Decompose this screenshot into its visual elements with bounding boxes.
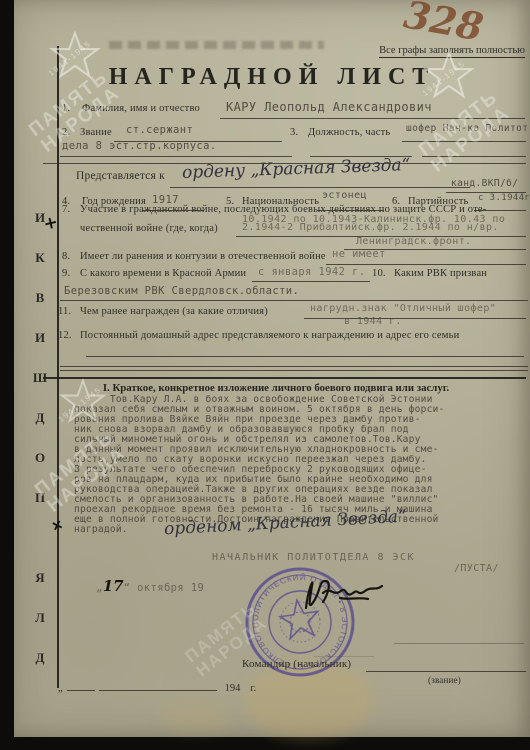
field-12-label: Постоянный домашный адрес представляемог… — [80, 330, 459, 341]
rule-line — [252, 281, 370, 282]
field-8-value: не имеет — [332, 248, 386, 260]
filing-margin-text: И К В И Ш Д О П Я Л Д — [32, 198, 48, 678]
field-10-number: 10. — [372, 268, 386, 279]
field-1-value: КАРУ Леопольд Александрович — [226, 100, 432, 114]
field-11-value-line2: в 1944 г. — [344, 316, 402, 327]
signer-name: /ПУСТА/ — [454, 563, 499, 574]
faint-line — [314, 656, 374, 657]
field-6-value: с 3.1944г. — [478, 193, 530, 203]
form-title: НАГРАДНОЙ ЛИСТ — [72, 64, 472, 91]
presented-to-label: Представляется к — [76, 170, 165, 182]
scan-edge-left — [0, 0, 14, 750]
field-11-label: Чем ранее награжден (за какие отличия) — [80, 306, 268, 317]
commander-label: Командир (начальник) — [242, 658, 351, 670]
field-5-value: эстонец — [322, 190, 367, 201]
date-open-quote: „ — [96, 582, 103, 594]
field-10-value: Березовским РВК Свердловск.области. — [64, 285, 299, 297]
document-scan: И К В И Ш Д О П Я Л Д ✕ ✕ Все графы запо… — [0, 0, 530, 750]
rank-hint: (звание) — [428, 675, 461, 685]
field-7-label-line2: чественной войне (где, когда) — [80, 223, 218, 234]
field-3-number: 3. — [290, 127, 298, 138]
rule-line — [60, 300, 528, 301]
field-3-label: Должность, часть — [308, 127, 390, 138]
ink-bleed-smudge — [109, 41, 324, 49]
field-8-number: 8. — [62, 251, 70, 262]
field-3-value-line2: дела 8 эст.стр.корпуса. — [62, 140, 217, 152]
field-10-label: Каким РВК призван — [394, 268, 487, 279]
blank-line — [60, 366, 528, 367]
faint-line — [394, 643, 524, 644]
field-2-value: ст.сержант — [126, 124, 193, 136]
bottom-open-quote: „ — [58, 683, 63, 694]
bottom-year-suffix: г. — [250, 683, 256, 694]
field-9-label: С какого времени в Красной Армии — [80, 268, 246, 279]
bottom-date-line: „ 194 г. — [58, 683, 256, 694]
field-9-number: 9. — [62, 268, 70, 279]
bottom-year: 194 — [225, 683, 241, 694]
rule-line — [304, 318, 526, 319]
field-8-label: Имеет ли ранения и контузии в отечествен… — [80, 251, 326, 262]
date-month-year: “ октября 19 — [124, 582, 205, 594]
blank-line — [86, 356, 524, 357]
blank-line — [99, 690, 217, 691]
field-7-value-line3: Ленинградск.фронт. — [356, 236, 472, 247]
signature-line — [366, 671, 526, 672]
section-divider — [43, 377, 526, 379]
field-11-number: 11. — [58, 306, 71, 317]
rule-line — [170, 187, 470, 188]
field-12-number: 12. — [58, 330, 72, 341]
rule-line — [60, 156, 292, 157]
rule-line — [326, 264, 526, 265]
field-11-value-line1: нагрудн.знак "Отличный шофер" — [310, 303, 496, 314]
paper-stain — [160, 700, 230, 734]
party-candidate-note: канд.ВКП/б/ — [451, 178, 518, 189]
field-9-value: с января 1942 г. — [258, 266, 366, 278]
handwritten-day: 17 — [103, 577, 124, 595]
signature-ink — [296, 570, 388, 622]
scan-edge-bottom — [0, 737, 530, 750]
field-7-number: 7. — [62, 204, 70, 215]
field-7-value-line2: 2.1944-2 Прибалтийск.фр. 2.1944 по н/вр. — [242, 222, 499, 233]
blank-line — [67, 690, 95, 691]
signing-date: „17“ октября 19 — [96, 577, 204, 596]
blank-line — [60, 370, 528, 371]
section-1-heading: I. Краткое, конкретное изложение личного… — [76, 382, 476, 394]
